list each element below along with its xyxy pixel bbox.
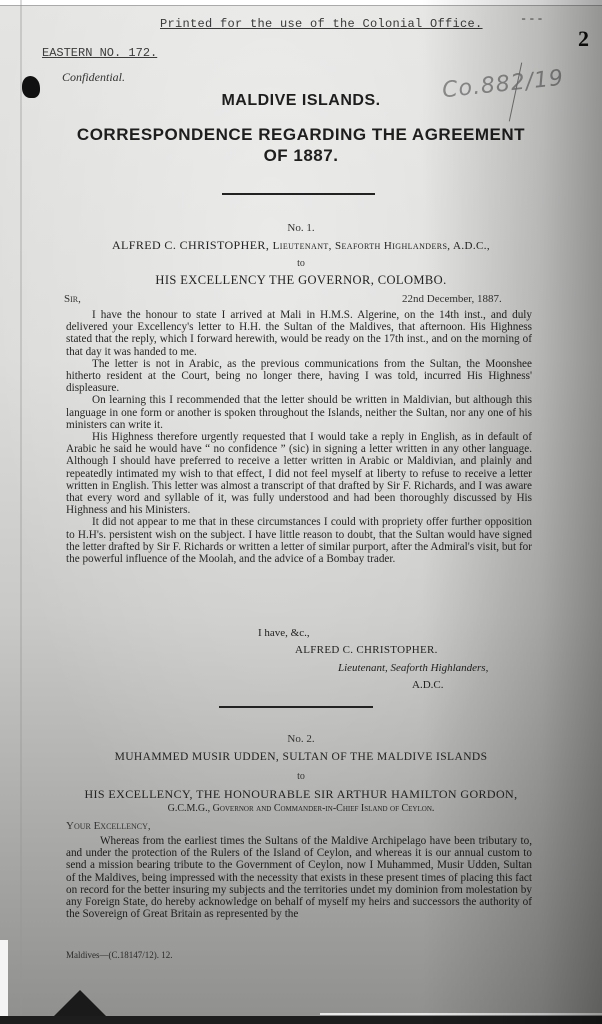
letter-1-date: 22nd December, 1887.	[402, 293, 502, 305]
confidential-label: Confidential.	[62, 70, 125, 85]
letter-1-body: I have the honour to state I arrived at …	[66, 309, 532, 565]
document-page: Printed for the use of the Colonial Offi…	[0, 0, 602, 1024]
printed-for-notice: Printed for the use of the Colonial Offi…	[160, 17, 483, 31]
letter-1-signature-title: Lieutenant, Seaforth Highlanders,	[338, 662, 488, 674]
salutation-text: Sir,	[64, 293, 81, 305]
document-title: MALDIVE ISLANDS.	[0, 92, 602, 110]
letter-2-to-word: to	[0, 771, 602, 782]
section-divider	[219, 706, 373, 708]
letter-1-salutation: Sir,	[64, 293, 81, 305]
page-number: 2	[578, 26, 589, 52]
page-top-edge	[0, 0, 602, 6]
page-left-edge	[0, 940, 8, 1024]
print-reference: Maldives—(C.18147/12). 12.	[66, 950, 173, 960]
letter-2-body: Whereas from the earliest times the Sult…	[66, 835, 532, 920]
letter-2-salutation: Your Excellency,	[66, 820, 151, 832]
letter-2-recipient: HIS EXCELLENCY, THE HONOURABLE SIR ARTHU…	[0, 787, 602, 802]
letter-1-number: No. 1.	[0, 222, 602, 234]
page-bottom-edge	[320, 1013, 602, 1015]
letter-1-paragraph: It did not appear to me that in these ci…	[66, 516, 532, 565]
section-divider	[222, 193, 375, 195]
letter-1-sender-title: Lieutenant, Seaforth Highlanders, A.D.C.…	[273, 240, 490, 252]
letter-1-to-word: to	[0, 258, 602, 269]
series-number: EASTERN NO. 172.	[42, 46, 157, 60]
letter-2-recipient-title: G.C.M.G., Governor and Commander-in-Chie…	[0, 803, 602, 814]
page-bottom-shadow	[0, 1016, 602, 1024]
document-subtitle-line-1: CORRESPONDENCE REGARDING THE AGREEMENT	[0, 125, 602, 145]
letter-1-signature-name: ALFRED C. CHRISTOPHER.	[295, 644, 438, 656]
letter-1-paragraph: I have the honour to state I arrived at …	[66, 309, 532, 358]
letter-1-paragraph: On learning this I recommended that the …	[66, 394, 532, 431]
letter-1-sender: ALFRED C. CHRISTOPHER, Lieutenant, Seafo…	[0, 238, 602, 253]
letter-1-signature-suffix: A.D.C.	[412, 679, 443, 691]
header-dashes: ---	[520, 12, 545, 26]
letter-1-sender-name: ALFRED C. CHRISTOPHER,	[112, 238, 269, 252]
letter-1-paragraph: His Highness therefore urgently requeste…	[66, 431, 532, 516]
letter-2-sender: MUHAMMED MUSIR UDDEN, SULTAN OF THE MALD…	[0, 751, 602, 763]
letter-1-recipient: HIS EXCELLENCY THE GOVERNOR, COLOMBO.	[0, 273, 602, 288]
letter-1-closing: I have, &c.,	[258, 627, 310, 639]
letter-2-paragraph: Whereas from the earliest times the Sult…	[66, 835, 532, 920]
letter-2-number: No. 2.	[0, 733, 602, 745]
document-subtitle-line-2: OF 1887.	[0, 146, 602, 166]
letter-1-paragraph: The letter is not in Arabic, as the prev…	[66, 358, 532, 395]
